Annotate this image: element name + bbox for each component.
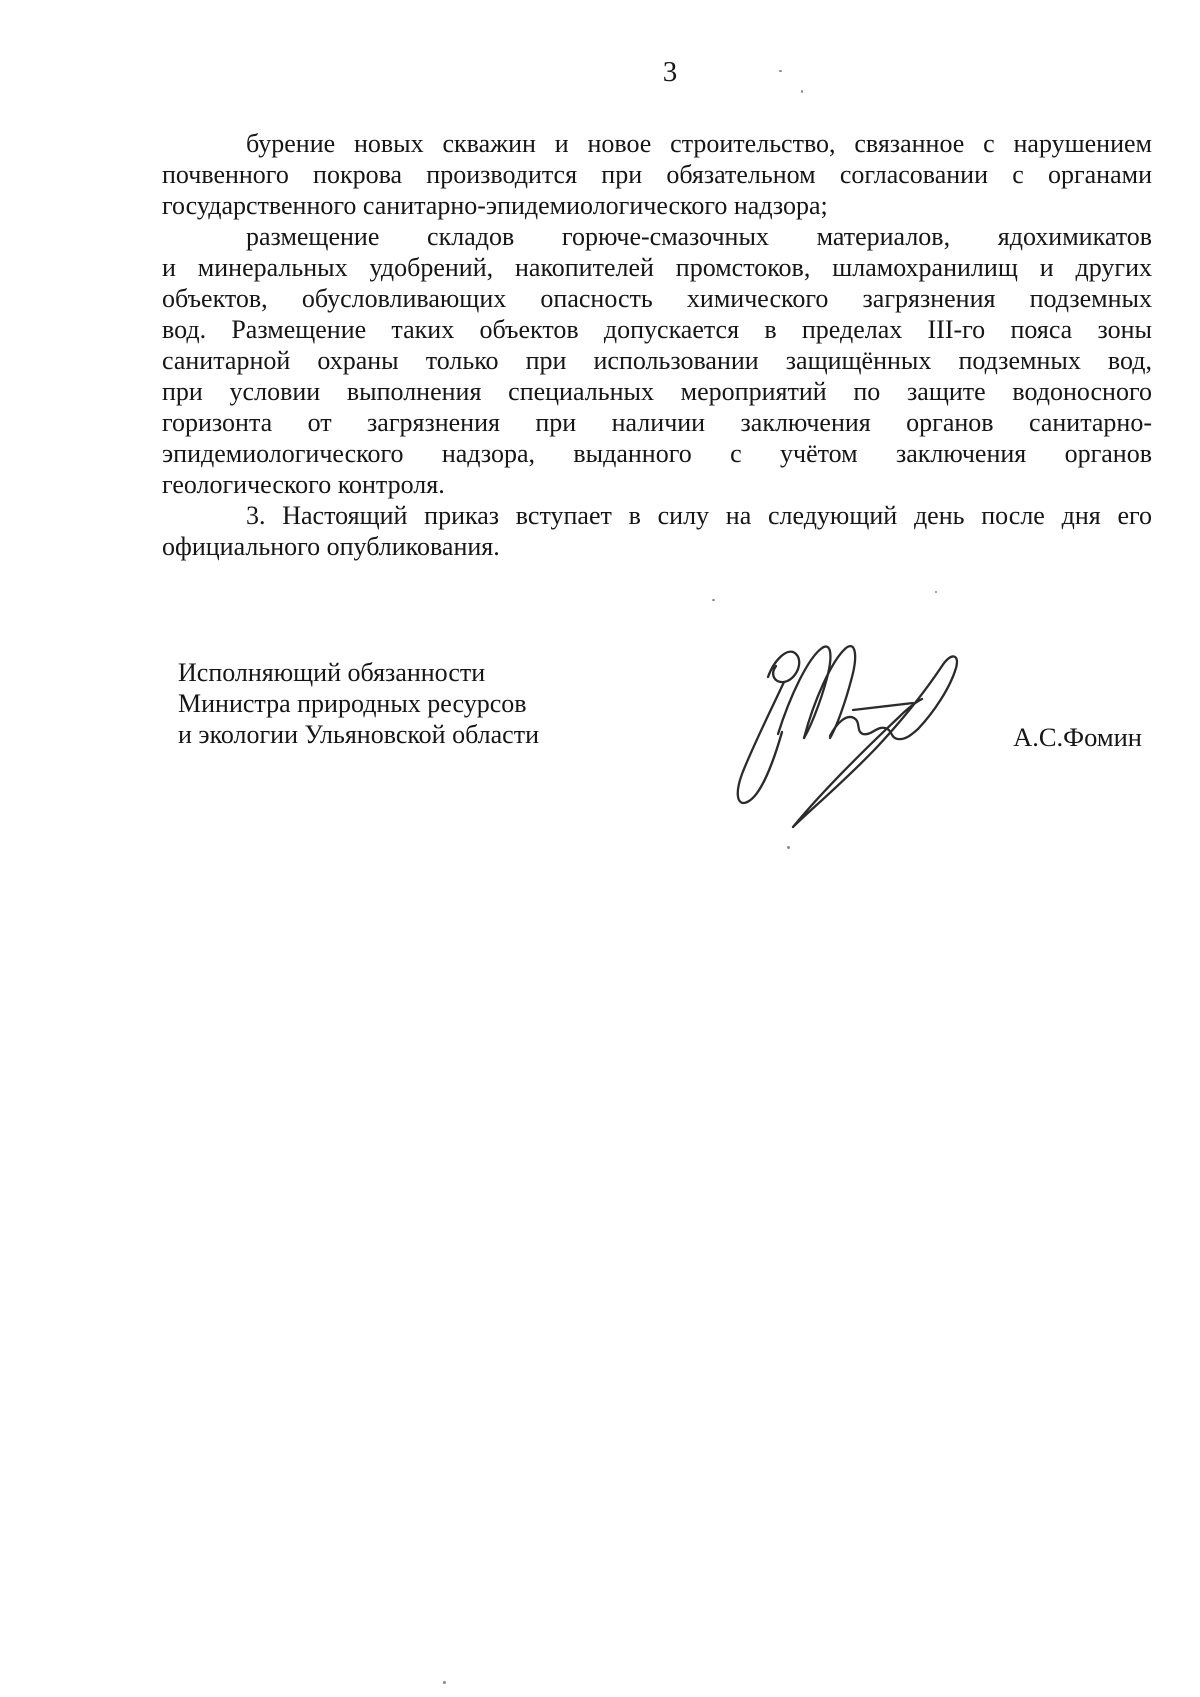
scan-speck: [801, 90, 803, 93]
text-line: горизонта от загрязнения при наличии зак…: [162, 407, 1152, 438]
text-line: бурение новых скважин и новое строительс…: [162, 128, 1152, 159]
scanned-document-page: 3 бурение новых скважин и новое строител…: [0, 0, 1200, 1697]
text-line: эпидемиологического надзора, выданного с…: [162, 438, 1152, 469]
text-line: при условии выполнения специальных мероп…: [162, 376, 1152, 407]
text-line: геологического контроля.: [162, 469, 1152, 500]
text-line: почвенного покрова производится при обяз…: [162, 159, 1152, 190]
text-line: официального опубликования.: [162, 531, 1152, 562]
text-line: 3. Настоящий приказ вступает в силу на с…: [162, 500, 1152, 531]
scan-speck: [443, 1681, 446, 1684]
text-line: санитарной охраны только при использован…: [162, 345, 1152, 376]
signature-block: Исполняющий обязанности Министра природн…: [178, 657, 698, 750]
paragraph: бурение новых скважин и новое строительс…: [162, 128, 1152, 221]
text-line: размещение складов горюче-смазочных мате…: [162, 221, 1152, 252]
signer-name: А.С.Фомин: [987, 722, 1142, 753]
signer-position-line: Исполняющий обязанности: [178, 657, 698, 688]
text-line: государственного санитарно-эпидемиологич…: [162, 190, 1152, 221]
text-line: вод. Размещение таких объектов допускает…: [162, 314, 1152, 345]
text-line: объектов, обусловливающих опасность хими…: [162, 283, 1152, 314]
signer-position-line: и экологии Ульяновской области: [178, 719, 698, 750]
scan-speck: [935, 591, 937, 593]
paragraph: размещение складов горюче-смазочных мате…: [162, 221, 1152, 500]
paragraph: 3. Настоящий приказ вступает в силу на с…: [162, 500, 1152, 562]
text-line: и минеральных удобрений, накопителей про…: [162, 252, 1152, 283]
signer-position-line: Министра природных ресурсов: [178, 688, 698, 719]
document-body: бурение новых скважин и новое строительс…: [162, 128, 1152, 562]
scan-speck: [787, 846, 790, 849]
signature-icon: [650, 582, 970, 844]
scan-speck: [712, 599, 715, 601]
page-number: 3: [663, 55, 678, 89]
scan-speck: [779, 70, 782, 72]
